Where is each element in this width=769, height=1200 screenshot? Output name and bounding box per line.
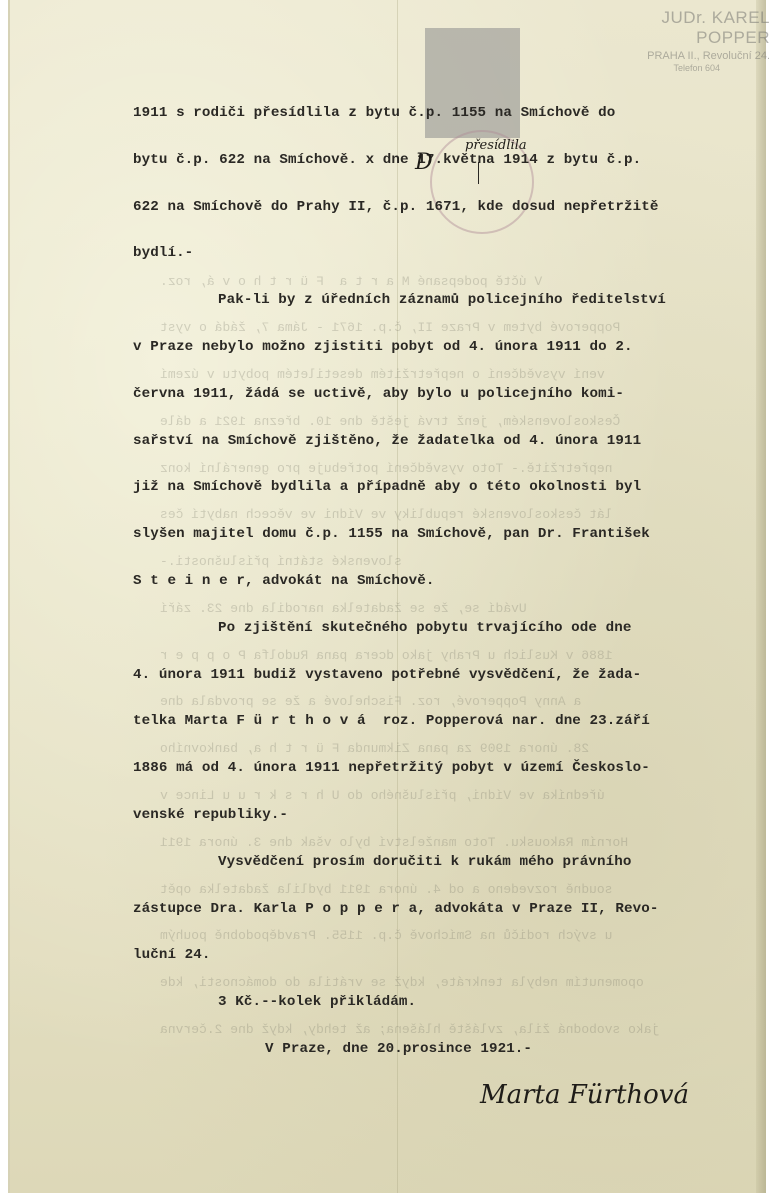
paper-fold (397, 0, 398, 1193)
letterhead-name: JUDr. KAREL POPPER (600, 8, 769, 48)
handwritten-insertion: přesídlila (465, 138, 527, 153)
ghost-line: vení vysvědčení o nepřetržitém desetilet… (160, 367, 605, 382)
ghost-line: slovenské státní příslušnosti.- (160, 554, 402, 569)
letterhead-stamp: JUDr. KAREL POPPER PRAHA II., Revoluční … (600, 8, 769, 73)
ghost-line: jako svobodná žila, zvláště hlášena; až … (160, 1022, 659, 1037)
ghost-line: 1886 v Kuslich u Prahy jako dcera pana R… (160, 648, 612, 663)
ghost-line: opomenutím nebyla tenkráte, když se vrát… (160, 975, 644, 990)
body-line: 1886 má od 4. února 1911 nepřetržitý pob… (133, 760, 650, 776)
body-line: v Praze nebylo možno zjistiti pobyt od 4… (133, 339, 633, 355)
ghost-line: nepřetržitě.- Toto vysvědčení potřebuje … (160, 461, 612, 476)
body-line: V Praze, dne 20.prosince 1921.- (265, 1041, 532, 1057)
ghost-line: Uvádí se, že se žadatelka narodila dne 2… (160, 601, 527, 616)
body-line: telka Marta F ü r t h o v á roz. Poppero… (133, 713, 650, 729)
body-line: 3 Kč.--kolek přikládám. (218, 994, 416, 1010)
ghost-line: Popperové bytem v Praze II, č.p. 1671 - … (160, 320, 620, 335)
letterhead-address: PRAHA II., Revoluční 24. (600, 50, 769, 62)
ghost-line: úředníka ve Vídni, příslušného do U h r … (160, 788, 605, 803)
body-line: zástupce Dra. Karla P o p p e r a, advok… (133, 901, 658, 917)
body-line: slyšen majitel domu č.p. 1155 na Smíchov… (133, 526, 650, 542)
page-edge-shadow (756, 0, 766, 1193)
body-line: S t e i n e r, advokát na Smíchově. (133, 573, 435, 589)
ghost-line: V účtě podepsané M a r t a F ü r t h o v… (160, 274, 542, 289)
document-page: JUDr. KAREL POPPER PRAHA II., Revoluční … (8, 0, 766, 1193)
body-line: Pak-li by z úředních záznamů policejního… (218, 292, 666, 308)
ghost-line: Československém, jenž trvá ještě dne 10.… (160, 414, 620, 429)
body-line: Vysvědčení prosím doručiti k rukám mého … (218, 854, 631, 870)
body-line: luční 24. (133, 947, 211, 963)
ghost-line: Horním Rakousku. Toto manželství bylo vš… (160, 835, 628, 850)
body-line: června 1911, žádá se uctivě, aby bylo u … (133, 386, 624, 402)
body-line: 1911 s rodiči přesídlila z bytu č.p. 115… (133, 105, 615, 121)
revenue-stamp (425, 28, 520, 138)
ghost-line: soudně rozvedeno a od 4. února 1911 bydl… (160, 882, 612, 897)
body-line: 622 na Smíchově do Prahy II, č.p. 1671, … (133, 199, 658, 215)
ghost-line: lát československé republiky ve Vídni ve… (160, 507, 612, 522)
ghost-line: a Anny Popperové, roz. Fischelové a že s… (160, 694, 581, 709)
insertion-mark (478, 162, 479, 184)
ghost-line: 28. února 1909 za pana Zikmunda F ü r t … (160, 741, 589, 756)
body-line: sařství na Smíchově zjištěno, že žadatel… (133, 433, 641, 449)
ghost-line: u svých rodičů na Smíchově č.p. 1155. Pr… (160, 928, 612, 943)
body-line: venské republiky.- (133, 807, 288, 823)
body-line: bydlí.- (133, 245, 193, 261)
letterhead-telephone: Telefon 604 (600, 63, 769, 73)
body-line: bytu č.p. 622 na Smíchově. x dne 17.květ… (133, 152, 641, 168)
body-line: již na Smíchově bydlila a případně aby o… (133, 479, 641, 495)
body-line: 4. února 1911 budiž vystaveno potřebné v… (133, 667, 641, 683)
body-line: Po zjištění skutečného pobytu trvajícího… (218, 620, 631, 636)
signature: Marta Fürthová (480, 1080, 689, 1110)
handwritten-correction: D (415, 150, 433, 175)
